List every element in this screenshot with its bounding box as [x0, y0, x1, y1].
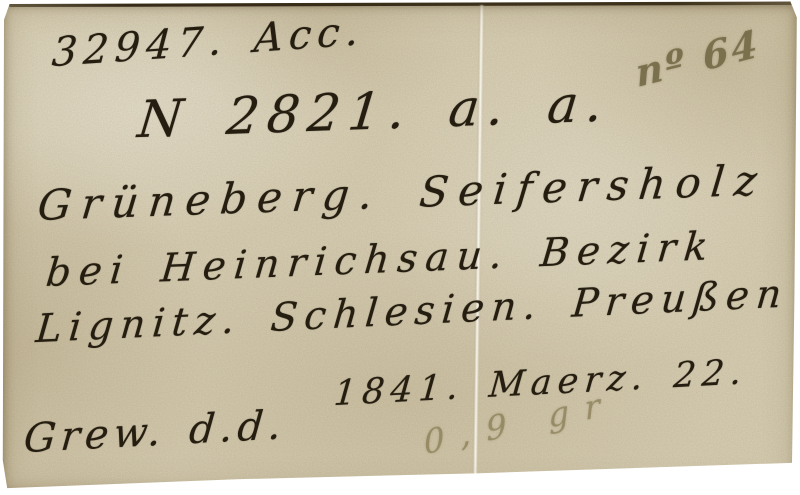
card-top-edge	[9, 1, 793, 7]
locality-line-1: Grüneberg. Seifersholz	[35, 156, 769, 230]
collector-note: Grew. d.d.	[22, 402, 288, 462]
accession-number: 32947. Acc.	[50, 8, 366, 76]
specimen-label-card: 32947. Acc. nº 64 N 2821. a. a. Grüneber…	[0, 0, 800, 495]
label-photo: 32947. Acc. nº 64 N 2821. a. a. Grüneber…	[0, 0, 800, 495]
specimen-number: N 2821. a. a.	[135, 75, 613, 150]
pencil-catalog-number: nº 64	[634, 21, 763, 96]
